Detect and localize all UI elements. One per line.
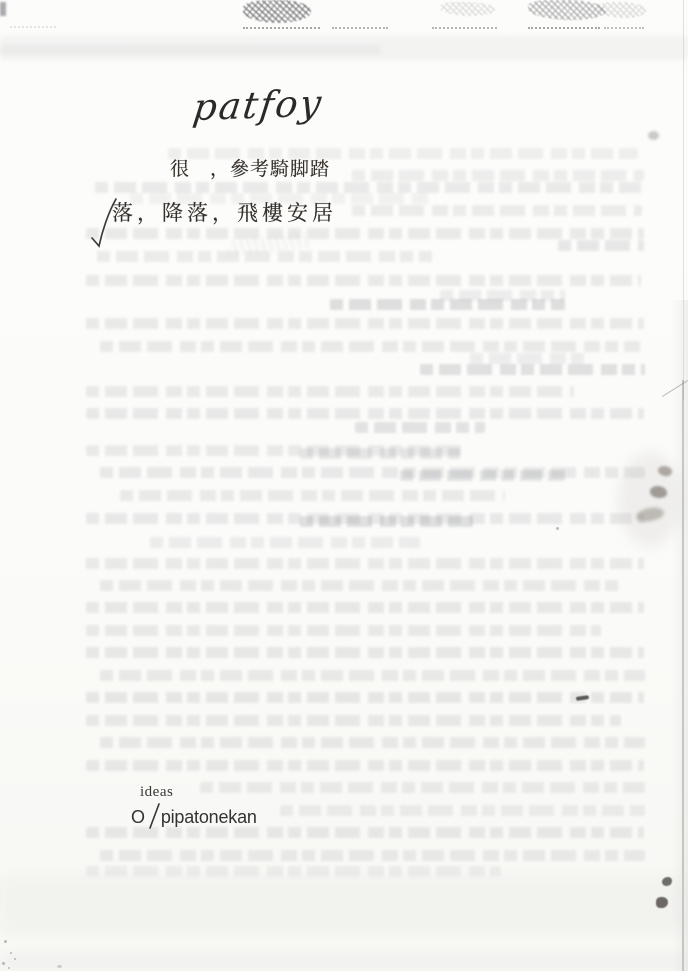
ghost-text-line xyxy=(352,205,642,216)
dotted-line-segment xyxy=(332,27,388,29)
corner-mark-top-left xyxy=(0,2,6,16)
inserted-word: ideas xyxy=(140,784,173,801)
ghost-text-line xyxy=(86,647,644,658)
ghost-text-line xyxy=(86,760,644,771)
ghost-text-line xyxy=(120,490,505,501)
ghost-text-line xyxy=(100,850,645,861)
annotation-word: pipatonekan xyxy=(161,807,257,827)
page-edge-shading xyxy=(672,300,688,971)
smudge-mark xyxy=(648,131,659,140)
annotation-line: Opipatonekan xyxy=(131,802,257,830)
ghost-text-line xyxy=(558,240,644,251)
dotted-line-segment xyxy=(432,27,497,29)
bleedthrough-text-layer xyxy=(0,0,688,971)
scan-shadow-band-bottom xyxy=(0,878,688,934)
ghost-text-line xyxy=(86,228,644,239)
ghost-text-line xyxy=(86,866,501,877)
corner-speckles xyxy=(0,934,70,971)
ghost-text-line xyxy=(300,448,460,459)
ghost-text-line xyxy=(86,318,644,329)
ghost-text-line xyxy=(86,386,574,397)
ghost-text-line xyxy=(100,580,620,591)
stain xyxy=(650,486,667,498)
dotted-line-segment xyxy=(528,27,600,29)
annotation-prefix: O xyxy=(131,807,145,827)
speck xyxy=(556,527,559,530)
scanned-page: patfoy 很 ，參考騎脚踏 落，降落，飛樓安居 ideas Opipaton… xyxy=(0,0,688,971)
note-line-1: 很 ，參考騎脚踏 xyxy=(170,154,330,181)
ghost-text-line xyxy=(300,516,475,527)
ghost-text-line xyxy=(352,170,644,181)
ghost-text-line xyxy=(100,737,645,748)
scan-shadow-band-bottom xyxy=(0,952,688,971)
ghost-text-line xyxy=(150,537,420,548)
ghost-text-line xyxy=(330,299,565,310)
stain xyxy=(618,452,682,547)
ghost-text-line xyxy=(86,408,644,419)
ghost-text-line xyxy=(86,558,644,569)
caret-slash-icon xyxy=(148,802,161,830)
ghost-text-line xyxy=(280,805,645,816)
ghost-text-line xyxy=(95,182,643,193)
ghost-text-line xyxy=(200,782,645,793)
note-line-2: 落，降落，飛樓安居 xyxy=(112,197,337,227)
scan-shadow-streak xyxy=(0,46,380,54)
ghost-text-line xyxy=(100,341,640,352)
dotted-line-segment xyxy=(243,27,320,29)
ghost-text-line xyxy=(355,422,485,433)
ghost-text-line xyxy=(97,251,432,262)
ghost-text-line xyxy=(470,353,585,364)
ghost-text-line xyxy=(86,625,601,636)
ghost-text-line xyxy=(86,602,644,613)
ghost-text-line xyxy=(86,715,621,726)
scan-scratch-dots xyxy=(10,26,56,28)
ghost-text-line xyxy=(420,364,645,375)
ghost-text-line xyxy=(86,692,644,703)
handwritten-word: patfoy xyxy=(191,81,326,129)
ghost-text-line xyxy=(400,470,565,481)
ghost-text-line xyxy=(100,670,645,681)
ghost-text-line xyxy=(86,275,641,286)
dotted-line-segment xyxy=(604,27,644,29)
